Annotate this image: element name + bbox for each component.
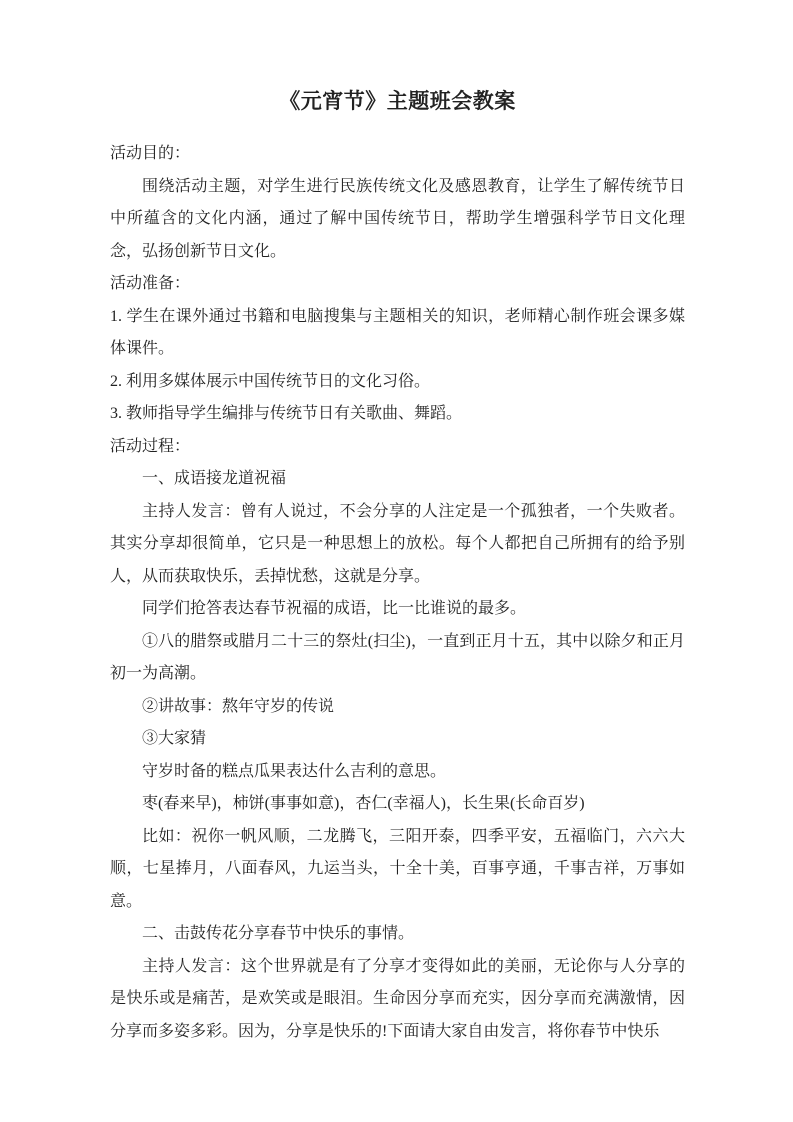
paragraph: 主持人发言：曾有人说过，不会分享的人注定是一个孤独者，一个失败者。其实分享却很简… xyxy=(110,496,685,594)
paragraph: 二、击鼓传花分享春节中快乐的事情。 xyxy=(110,918,685,951)
document-title: 《元宵节》主题班会教案 xyxy=(110,85,685,117)
paragraph: 活动过程： xyxy=(110,431,685,464)
paragraph: 3. 教师指导学生编排与传统节日有关歌曲、舞蹈。 xyxy=(110,398,685,431)
paragraph: ①八的腊祭或腊月二十三的祭灶(扫尘)，一直到正月十五，其中以除夕和正月初一为高潮… xyxy=(110,626,685,691)
paragraph: 枣(春来早)，柿饼(事事如意)，杏仁(幸福人)，长生果(长命百岁) xyxy=(110,788,685,821)
paragraph: 活动目的： xyxy=(110,138,685,171)
paragraph: 2. 利用多媒体展示中国传统节日的文化习俗。 xyxy=(110,366,685,399)
document-body: 活动目的：围绕活动主题，对学生进行民族传统文化及感恩教育，让学生了解传统节日中所… xyxy=(110,138,685,1048)
paragraph: 1. 学生在课外通过书籍和电脑搜集与主题相关的知识，老师精心制作班会课多媒体课件… xyxy=(110,301,685,366)
paragraph: 活动准备： xyxy=(110,268,685,301)
paragraph: 守岁时备的糕点瓜果表达什么吉利的意思。 xyxy=(110,756,685,789)
paragraph: ③大家猜 xyxy=(110,723,685,756)
document-page: 《元宵节》主题班会教案 活动目的：围绕活动主题，对学生进行民族传统文化及感恩教育… xyxy=(0,0,793,1122)
paragraph: 比如：祝你一帆风顺，二龙腾飞，三阳开泰，四季平安，五福临门，六六大顺，七星捧月，… xyxy=(110,821,685,919)
paragraph: 围绕活动主题，对学生进行民族传统文化及感恩教育，让学生了解传统节日中所蕴含的文化… xyxy=(110,171,685,269)
paragraph: 主持人发言：这个世界就是有了分享才变得如此的美丽，无论你与人分享的是快乐或是痛苦… xyxy=(110,951,685,1049)
paragraph: ②讲故事：熬年守岁的传说 xyxy=(110,691,685,724)
paragraph: 同学们抢答表达春节祝福的成语，比一比谁说的最多。 xyxy=(110,593,685,626)
paragraph: 一、成语接龙道祝福 xyxy=(110,463,685,496)
